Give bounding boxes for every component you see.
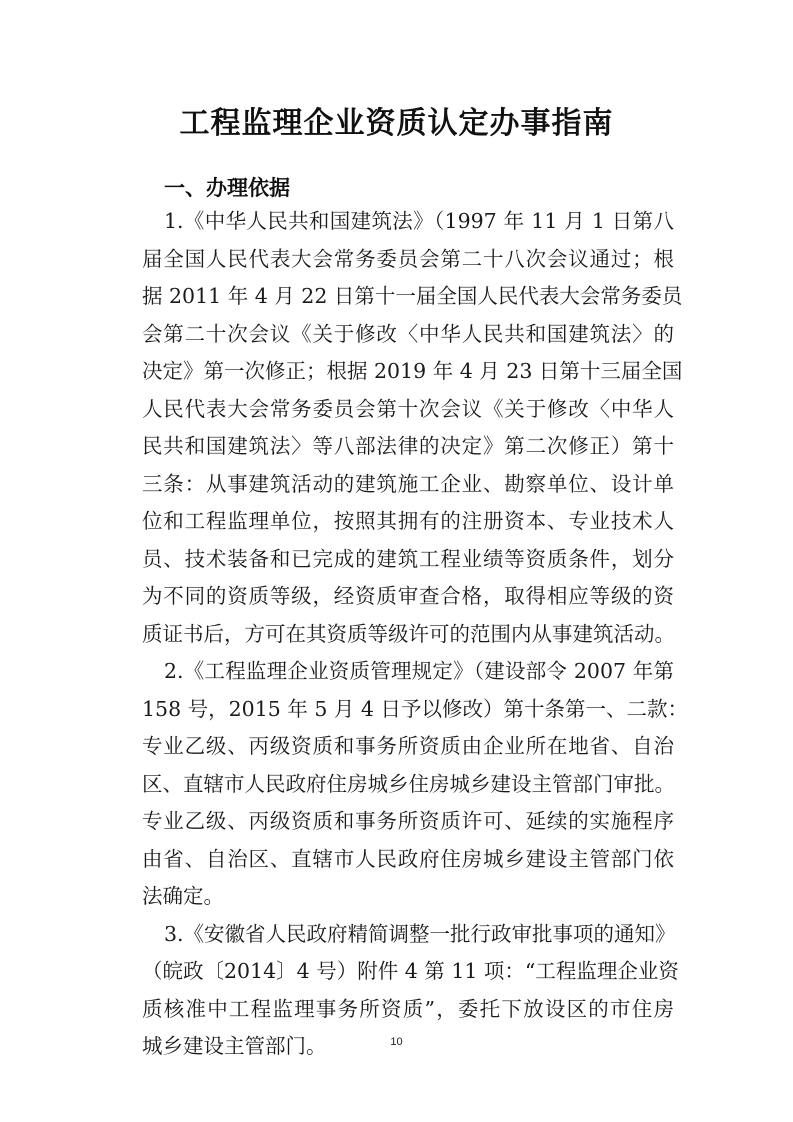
- document-body: 1.《中华人民共和国建筑法》（1997 年 11 月 1 日第八 届全国人民代表…: [142, 203, 674, 1066]
- body-line: 人民代表大会常务委员会第十次会议《关于修改〈中华人: [142, 391, 674, 429]
- body-line: 质核准中工程监理事务所资质”，委托下放设区的市住房: [142, 991, 674, 1029]
- body-line: 2.《工程监理企业资质管理规定》（建设部令 2007 年第: [142, 653, 674, 691]
- body-line: 专业乙级、丙级资质和事务所资质由企业所在地省、自治: [142, 728, 674, 766]
- body-line: 质证书后，方可在其资质等级许可的范围内从事建筑活动。: [142, 616, 674, 654]
- section-heading: 一、办理依据: [164, 172, 290, 202]
- body-line: 位和工程监理单位，按照其拥有的注册资本、专业技术人: [142, 503, 674, 541]
- body-line: 3.《安徽省人民政府精简调整一批行政审批事项的通知》: [142, 916, 674, 954]
- body-line: 员、技术装备和已完成的建筑工程业绩等资质条件，划分: [142, 541, 674, 579]
- body-line: 决定》第一次修正；根据 2019 年 4 月 23 日第十三届全国: [142, 353, 674, 391]
- body-line: （皖政〔2014〕4 号）附件 4 第 11 项：“工程监理企业资: [142, 953, 674, 991]
- body-line: 为不同的资质等级，经资质审查合格，取得相应等级的资: [142, 578, 674, 616]
- body-line: 由省、自治区、直辖市人民政府住房城乡建设主管部门依: [142, 841, 674, 879]
- body-line: 据 2011 年 4 月 22 日第十一届全国人民代表大会常务委员: [142, 278, 674, 316]
- body-line: 专业乙级、丙级资质和事务所资质许可、延续的实施程序: [142, 803, 674, 841]
- body-line: 区、直辖市人民政府住房城乡住房城乡建设主管部门审批。: [142, 766, 674, 804]
- page-number: 10: [0, 1036, 793, 1048]
- body-line: 法确定。: [142, 878, 674, 916]
- document-title: 工程监理企业资质认定办事指南: [0, 98, 793, 142]
- body-line: 1.《中华人民共和国建筑法》（1997 年 11 月 1 日第八: [142, 203, 674, 241]
- body-line: 会第二十次会议《关于修改〈中华人民共和国建筑法〉的: [142, 316, 674, 354]
- body-line: 民共和国建筑法〉等八部法律的决定》第二次修正）第十: [142, 428, 674, 466]
- body-line: 届全国人民代表大会常务委员会第二十八次会议通过；根: [142, 241, 674, 279]
- body-line: 三条：从事建筑活动的建筑施工企业、勘察单位、设计单: [142, 466, 674, 504]
- body-line: 158 号，2015 年 5 月 4 日予以修改）第十条第一、二款：: [142, 691, 674, 729]
